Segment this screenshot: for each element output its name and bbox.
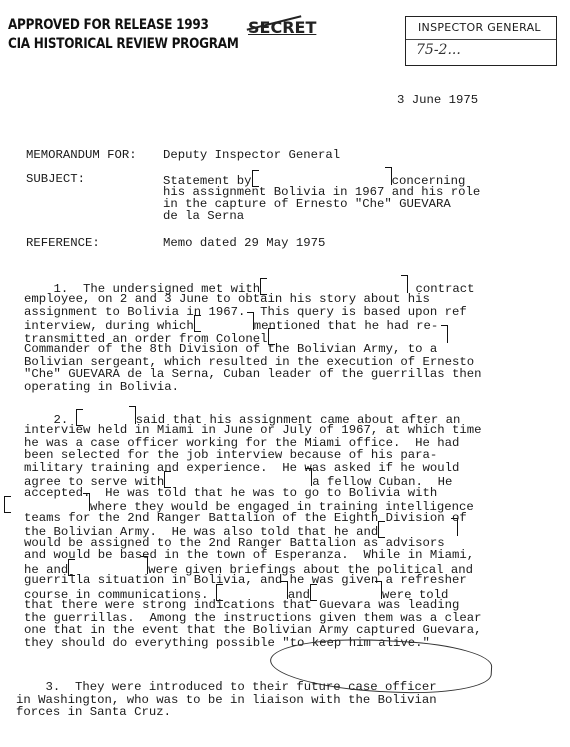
para3-line-1: 3. They were introduced to their future … xyxy=(16,681,437,693)
inspector-general-stamp: INSPECTOR GENERAL 75-2... xyxy=(405,16,557,66)
para2-line-16: that there were strong indications that … xyxy=(24,599,459,611)
inspector-general-number: 75-2... xyxy=(406,40,556,58)
para3-line-3: forces in Santa Cruz. xyxy=(16,706,171,718)
para1-line-3: assignment to Bolivia in 1967. This quer… xyxy=(24,306,467,318)
reference-label: REFERENCE: xyxy=(26,237,100,249)
para2-line-9: teams for the 2nd Ranger Battalion of th… xyxy=(24,512,467,524)
para2-line-18: one that in the event that the Bolivian … xyxy=(24,624,482,636)
release-stamp-line2: CIA HISTORICAL REVIEW PROGRAM xyxy=(8,35,239,54)
inspector-general-header: INSPECTOR GENERAL xyxy=(406,17,556,40)
memorandum-for-value: Deputy Inspector General xyxy=(163,149,340,161)
release-stamp-line1: APPROVED FOR RELEASE 1993 xyxy=(8,16,239,35)
memorandum-for-label: MEMORANDUM FOR: xyxy=(26,149,137,161)
memo-date: 3 June 1975 xyxy=(397,94,478,106)
classification-stamp: SECRET xyxy=(248,18,316,37)
para2-line-12: and would be based in the town of Espera… xyxy=(24,549,474,561)
para2-line-2: interview held in Miami in June or July … xyxy=(24,424,482,436)
para1-line-2: employee, on 2 and 3 June to obtain his … xyxy=(24,293,430,305)
para2-line-5: military training and experience. He was… xyxy=(24,462,459,474)
para1-line-6: Commander of the 8th Division of the Bol… xyxy=(24,343,437,355)
para1-line-9: operating in Bolivia. xyxy=(24,381,179,393)
redaction-box xyxy=(194,318,254,331)
para2-line-4: been selected for the job interview beca… xyxy=(24,449,437,461)
reference-value: Memo dated 29 May 1975 xyxy=(163,237,325,249)
subject-label: SUBJECT: xyxy=(26,173,85,185)
subject-line-4: de la Serna xyxy=(163,210,244,222)
para2-line-14: guerrilla situation in Bolivia, and he w… xyxy=(24,574,467,586)
para1-line-8: "Che" GUEVARA de la Serna, Cuban leader … xyxy=(24,368,482,380)
release-stamp: APPROVED FOR RELEASE 1993 CIA HISTORICAL… xyxy=(8,16,239,54)
